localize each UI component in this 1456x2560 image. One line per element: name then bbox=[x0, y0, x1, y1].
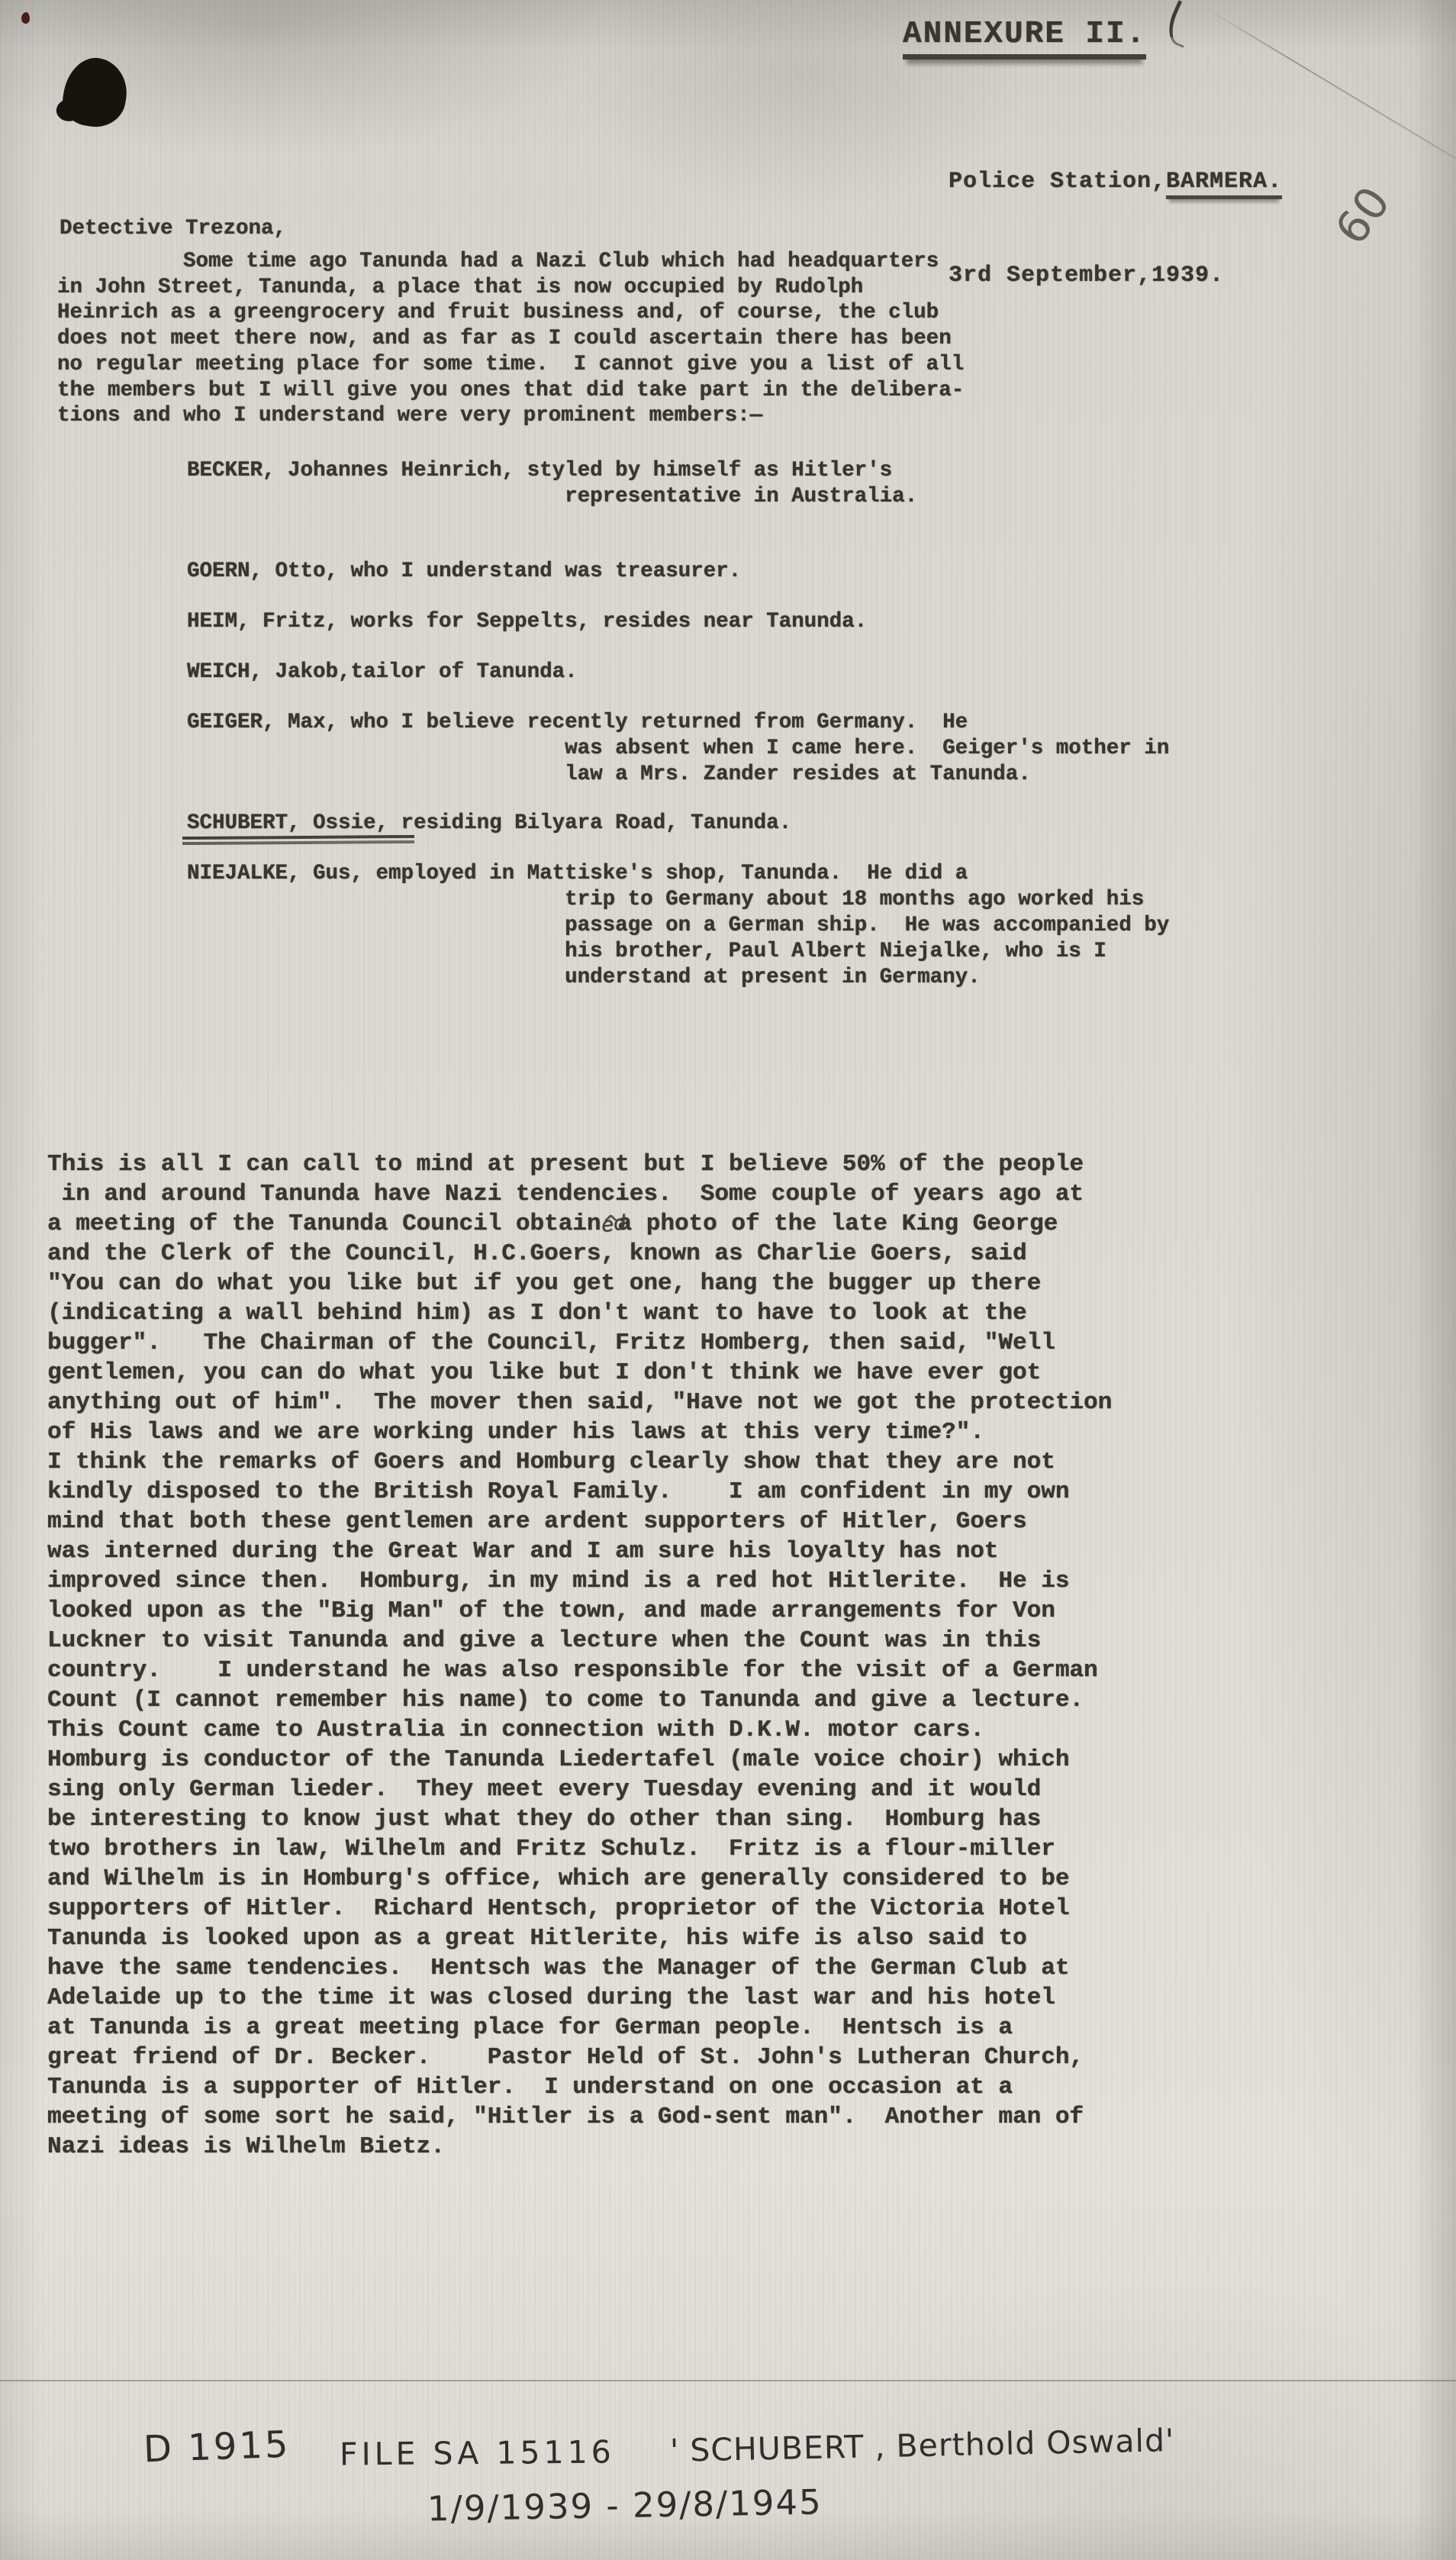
salutation: Detective Trezona, bbox=[60, 217, 286, 240]
file-title-annotation: ' SCHUBERT , Berthold Oswald' bbox=[670, 2422, 1175, 2469]
series-number-annotation: D 1915 bbox=[143, 2423, 291, 2471]
station-location: BARMERA. bbox=[1166, 169, 1282, 199]
schubert-underlined-name: SCHUBERT, Ossie, bbox=[187, 811, 388, 835]
ink-blot bbox=[59, 53, 131, 131]
caret-mark: ^ bbox=[603, 1209, 620, 1239]
station-line: Police Station,BARMERA. bbox=[949, 166, 1282, 198]
member-entry-geiger: GEIGER, Max, who I believe recently retu… bbox=[187, 710, 1169, 788]
member-entry-heim: HEIM, Fritz, works for Seppelts, resides… bbox=[187, 609, 867, 635]
date-line: 3rd September,1939. bbox=[949, 260, 1282, 292]
member-entry-weich: WEICH, Jakob,tailor of Tanunda. bbox=[187, 659, 578, 685]
closing-text-after-insertion: a photo of the late King George and the … bbox=[47, 1211, 1112, 2160]
schubert-entry-rest: residing Bilyara Road, Tanunda. bbox=[388, 811, 791, 835]
member-entry-niejalke: NIEJALKE, Gus, employed in Mattiske's sh… bbox=[187, 861, 1169, 991]
file-number-annotation: FILE SA 15116 bbox=[340, 2433, 615, 2472]
station-prefix: Police Station, bbox=[949, 169, 1166, 195]
paper-crease-mark bbox=[1161, 0, 1200, 48]
annexure-title: ANNEXURE II. bbox=[903, 17, 1146, 60]
ink-speck bbox=[21, 12, 30, 24]
member-entry-schubert: SCHUBERT, Ossie, residing Bilyara Road, … bbox=[187, 811, 791, 837]
date-range-annotation: 1/9/1939 - 29/8/1945 bbox=[427, 2481, 823, 2529]
member-entry-goern: GOERN, Otto, who I understand was treasu… bbox=[187, 559, 741, 585]
intro-paragraph: Some time ago Tanunda had a Nazi Club wh… bbox=[57, 249, 964, 429]
member-entry-becker: BECKER, Johannes Heinrich, styled by him… bbox=[187, 458, 917, 510]
scanned-document-page: ANNEXURE II. 60 Police Station,BARMERA. … bbox=[0, 0, 1456, 2560]
closing-paragraph: This is all I can call to mind at presen… bbox=[47, 1149, 1238, 2162]
handwritten-page-number: 60 bbox=[1325, 176, 1400, 253]
ruled-pencil-line bbox=[0, 2380, 1456, 2381]
station-date-block: Police Station,BARMERA. 3rd September,19… bbox=[949, 104, 1282, 354]
